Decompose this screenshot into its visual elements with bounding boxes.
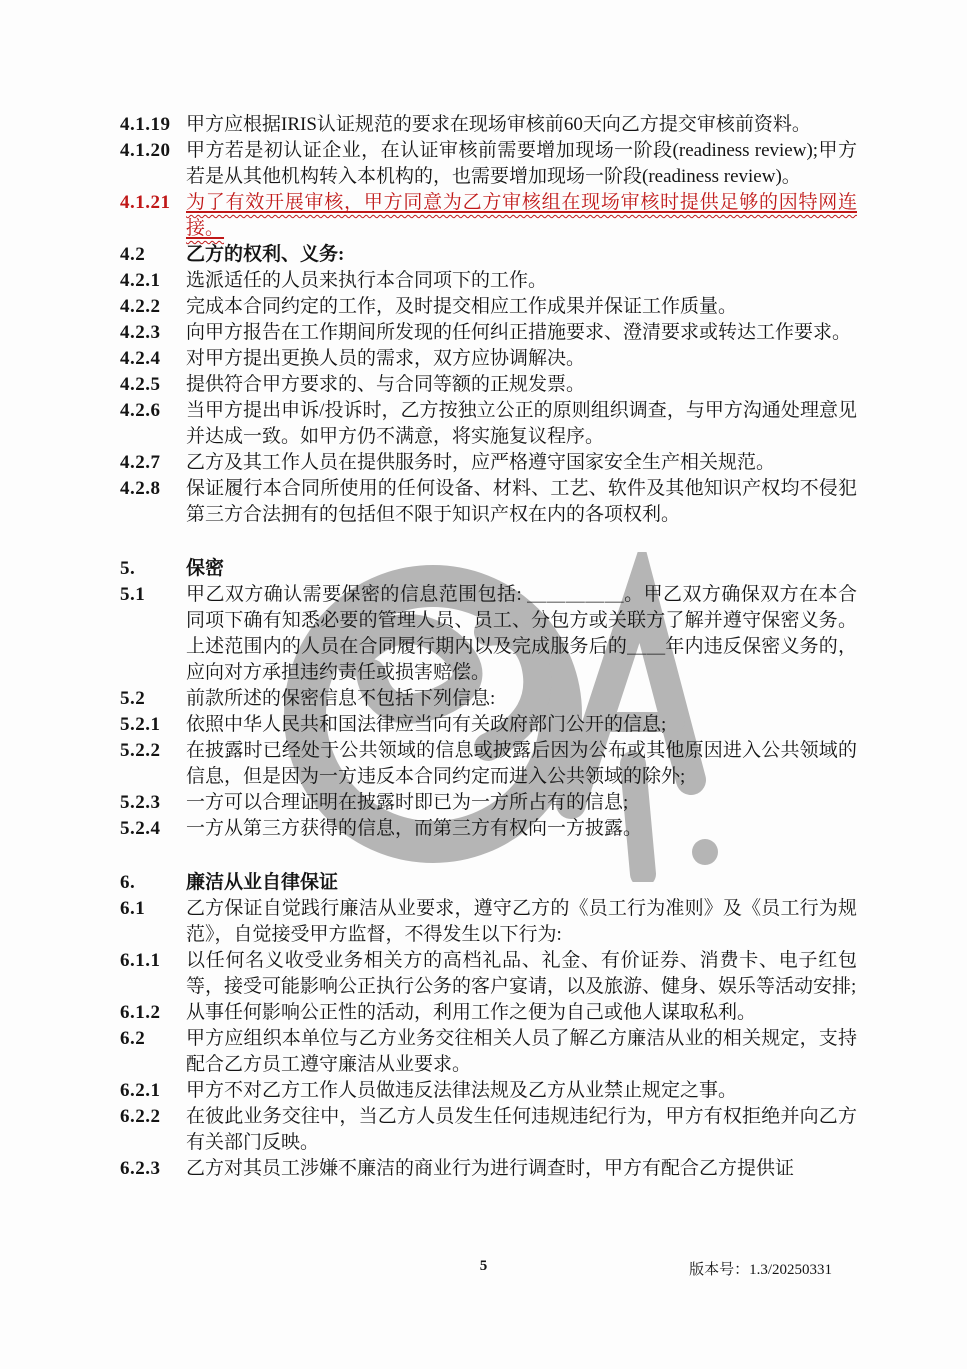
clause-text: 甲方应组织本单位与乙方业务交往相关人员了解乙方廉洁从业的相关规定，支持配合乙方员… <box>186 1026 857 1078</box>
clause-text: 保证履行本合同所使用的任何设备、材料、工艺、软件及其他知识产权均不侵犯第三方合法… <box>186 476 857 528</box>
footer-version-label: 版本号：1.3/20250331 <box>689 1258 832 1279</box>
clause-5-2: 5.2 前款所述的保密信息不包括下列信息: <box>120 686 857 712</box>
clause-number: 5.2.4 <box>120 816 186 842</box>
clause-text: 选派适任的人员来执行本合同项下的工作。 <box>186 268 857 294</box>
clause-text: 从事任何影响公正性的活动，利用工作之便为自己或他人谋取私利。 <box>186 1000 857 1026</box>
clause-number: 6.1.2 <box>120 1000 186 1026</box>
clause-number: 6. <box>120 870 186 896</box>
clause-text: 当甲方提出申诉/投诉时，乙方按独立公正的原则组织调查，与甲方沟通处理意见并达成一… <box>186 398 857 450</box>
clause-number: 4.1.19 <box>120 112 186 138</box>
clause-4-2-4: 4.2.4 对甲方提出更换人员的需求，双方应协调解决。 <box>120 346 857 372</box>
clause-5-2-4: 5.2.4 一方从第三方获得的信息，而第三方有权向一方披露。 <box>120 816 857 842</box>
clause-4-2-6: 4.2.6 当甲方提出申诉/投诉时，乙方按独立公正的原则组织调查，与甲方沟通处理… <box>120 398 857 450</box>
clause-6-2-2: 6.2.2 在彼此业务交往中，当乙方人员发生任何违规违纪行为，甲方有权拒绝并向乙… <box>120 1104 857 1156</box>
clause-number: 5.2.2 <box>120 738 186 764</box>
clause-6-2-3: 6.2.3 乙方对其员工涉嫌不廉洁的商业行为进行调查时，甲方有配合乙方提供证 <box>120 1156 857 1182</box>
clause-number: 5.2 <box>120 686 186 712</box>
clause-text: 一方可以合理证明在披露时即已为一方所占有的信息; <box>186 790 857 816</box>
section-heading-6: 6. 廉洁从业自律保证 <box>120 870 857 896</box>
inserted-text: 为了有效开展审核，甲方同意为乙方审核组在现场审核时提供足够的因特网连接。 <box>186 192 857 239</box>
clause-text: 乙方及其工作人员在提供服务时，应严格遵守国家安全生产相关规范。 <box>186 450 857 476</box>
clause-text: 甲乙双方确认需要保密的信息范围包括: ＿＿＿＿＿。甲乙双方确保双方在本合同项下确… <box>186 582 857 686</box>
clause-number: 4.2.2 <box>120 294 186 320</box>
clause-text: 甲方不对乙方工作人员做违反法律法规及乙方从业禁止规定之事。 <box>186 1078 857 1104</box>
clause-6-2: 6.2 甲方应组织本单位与乙方业务交往相关人员了解乙方廉洁从业的相关规定，支持配… <box>120 1026 857 1078</box>
clause-number: 4.2.8 <box>120 476 186 502</box>
clause-6-1: 6.1 乙方保证自觉践行廉洁从业要求，遵守乙方的《员工行为准则》及《员工行为规范… <box>120 896 857 948</box>
clause-text: 乙方保证自觉践行廉洁从业要求，遵守乙方的《员工行为准则》及《员工行为规范》，自觉… <box>186 896 857 948</box>
clause-5-2-3: 5.2.3 一方可以合理证明在披露时即已为一方所占有的信息; <box>120 790 857 816</box>
clause-number: 6.2.3 <box>120 1156 186 1182</box>
clause-number: 4.1.20 <box>120 138 186 164</box>
clause-6-1-2: 6.1.2 从事任何影响公正性的活动，利用工作之便为自己或他人谋取私利。 <box>120 1000 857 1026</box>
clause-number: 6.1 <box>120 896 186 922</box>
clause-number: 4.2.6 <box>120 398 186 424</box>
clause-4-2-1: 4.2.1 选派适任的人员来执行本合同项下的工作。 <box>120 268 857 294</box>
clause-4-1-19: 4.1.19 甲方应根据IRIS认证规范的要求在现场审核前60天向乙方提交审核前… <box>120 112 857 138</box>
clause-number: 4.2.4 <box>120 346 186 372</box>
clause-4-1-20: 4.1.20 甲方若是初认证企业，在认证审核前需要增加现场一阶段(readine… <box>120 138 857 190</box>
clause-4-2-5: 4.2.5 提供符合甲方要求的、与合同等额的正规发票。 <box>120 372 857 398</box>
clause-4-2-8: 4.2.8 保证履行本合同所使用的任何设备、材料、工艺、软件及其他知识产权均不侵… <box>120 476 857 528</box>
clause-text: 对甲方提出更换人员的需求，双方应协调解决。 <box>186 346 857 372</box>
clause-text: 一方从第三方获得的信息，而第三方有权向一方披露。 <box>186 816 857 842</box>
clause-text: 在彼此业务交往中，当乙方人员发生任何违规违纪行为，甲方有权拒绝并向乙方有关部门反… <box>186 1104 857 1156</box>
clause-number: 4.2.3 <box>120 320 186 346</box>
section-heading-5: 5. 保密 <box>120 556 857 582</box>
clause-number: 4.2.7 <box>120 450 186 476</box>
clause-number: 4.2.5 <box>120 372 186 398</box>
clause-number: 4.1.21 <box>120 190 186 216</box>
section-title: 乙方的权利、义务: <box>186 242 857 268</box>
clause-text: 前款所述的保密信息不包括下列信息: <box>186 686 857 712</box>
clause-text: 完成本合同约定的工作，及时提交相应工作成果并保证工作质量。 <box>186 294 857 320</box>
clause-number: 5. <box>120 556 186 582</box>
clause-6-2-1: 6.2.1 甲方不对乙方工作人员做违反法律法规及乙方从业禁止规定之事。 <box>120 1078 857 1104</box>
clause-number: 6.2 <box>120 1026 186 1052</box>
clause-number: 4.2.1 <box>120 268 186 294</box>
clause-text: 提供符合甲方要求的、与合同等额的正规发票。 <box>186 372 857 398</box>
clause-4-1-21-inserted: 4.1.21 为了有效开展审核，甲方同意为乙方审核组在现场审核时提供足够的因特网… <box>120 190 857 242</box>
section-title: 保密 <box>186 556 857 582</box>
clause-number: 5.2.1 <box>120 712 186 738</box>
clause-number: 6.1.1 <box>120 948 186 974</box>
clause-number: 6.2.2 <box>120 1104 186 1130</box>
clause-text: 在披露时已经处于公共领域的信息或披露后因为公布或其他原因进入公共领域的信息，但是… <box>186 738 857 790</box>
clause-number: 4.2 <box>120 242 186 268</box>
clause-5-2-2: 5.2.2 在披露时已经处于公共领域的信息或披露后因为公布或其他原因进入公共领域… <box>120 738 857 790</box>
clause-text: 为了有效开展审核，甲方同意为乙方审核组在现场审核时提供足够的因特网连接。 <box>186 190 857 242</box>
clause-5-1: 5.1 甲乙双方确认需要保密的信息范围包括: ＿＿＿＿＿。甲乙双方确保双方在本合… <box>120 582 857 686</box>
clause-text: 甲方若是初认证企业，在认证审核前需要增加现场一阶段(readiness revi… <box>186 138 857 190</box>
clause-4-2-7: 4.2.7 乙方及其工作人员在提供服务时，应严格遵守国家安全生产相关规范。 <box>120 450 857 476</box>
section-heading-4-2: 4.2 乙方的权利、义务: <box>120 242 857 268</box>
clause-6-1-1: 6.1.1 以任何名义收受业务相关方的高档礼品、礼金、有价证券、消费卡、电子红包… <box>120 948 857 1000</box>
clause-number: 5.2.3 <box>120 790 186 816</box>
clause-text: 以任何名义收受业务相关方的高档礼品、礼金、有价证券、消费卡、电子红包等，接受可能… <box>186 948 857 1000</box>
clause-4-2-2: 4.2.2 完成本合同约定的工作，及时提交相应工作成果并保证工作质量。 <box>120 294 857 320</box>
clause-text: 甲方应根据IRIS认证规范的要求在现场审核前60天向乙方提交审核前资料。 <box>186 112 857 138</box>
clause-5-2-1: 5.2.1 依照中华人民共和国法律应当向有关政府部门公开的信息; <box>120 712 857 738</box>
section-title: 廉洁从业自律保证 <box>186 870 857 896</box>
clause-text: 向甲方报告在工作期间所发现的任何纠正措施要求、澄清要求或转达工作要求。 <box>186 320 857 346</box>
clause-number: 6.2.1 <box>120 1078 186 1104</box>
clause-list: 4.1.19 甲方应根据IRIS认证规范的要求在现场审核前60天向乙方提交审核前… <box>0 0 967 1182</box>
contract-page: 4.1.19 甲方应根据IRIS认证规范的要求在现场审核前60天向乙方提交审核前… <box>0 0 967 1369</box>
clause-number: 5.1 <box>120 582 186 608</box>
clause-text: 依照中华人民共和国法律应当向有关政府部门公开的信息; <box>186 712 857 738</box>
clause-text: 乙方对其员工涉嫌不廉洁的商业行为进行调查时，甲方有配合乙方提供证 <box>186 1156 857 1182</box>
clause-4-2-3: 4.2.3 向甲方报告在工作期间所发现的任何纠正措施要求、澄清要求或转达工作要求… <box>120 320 857 346</box>
